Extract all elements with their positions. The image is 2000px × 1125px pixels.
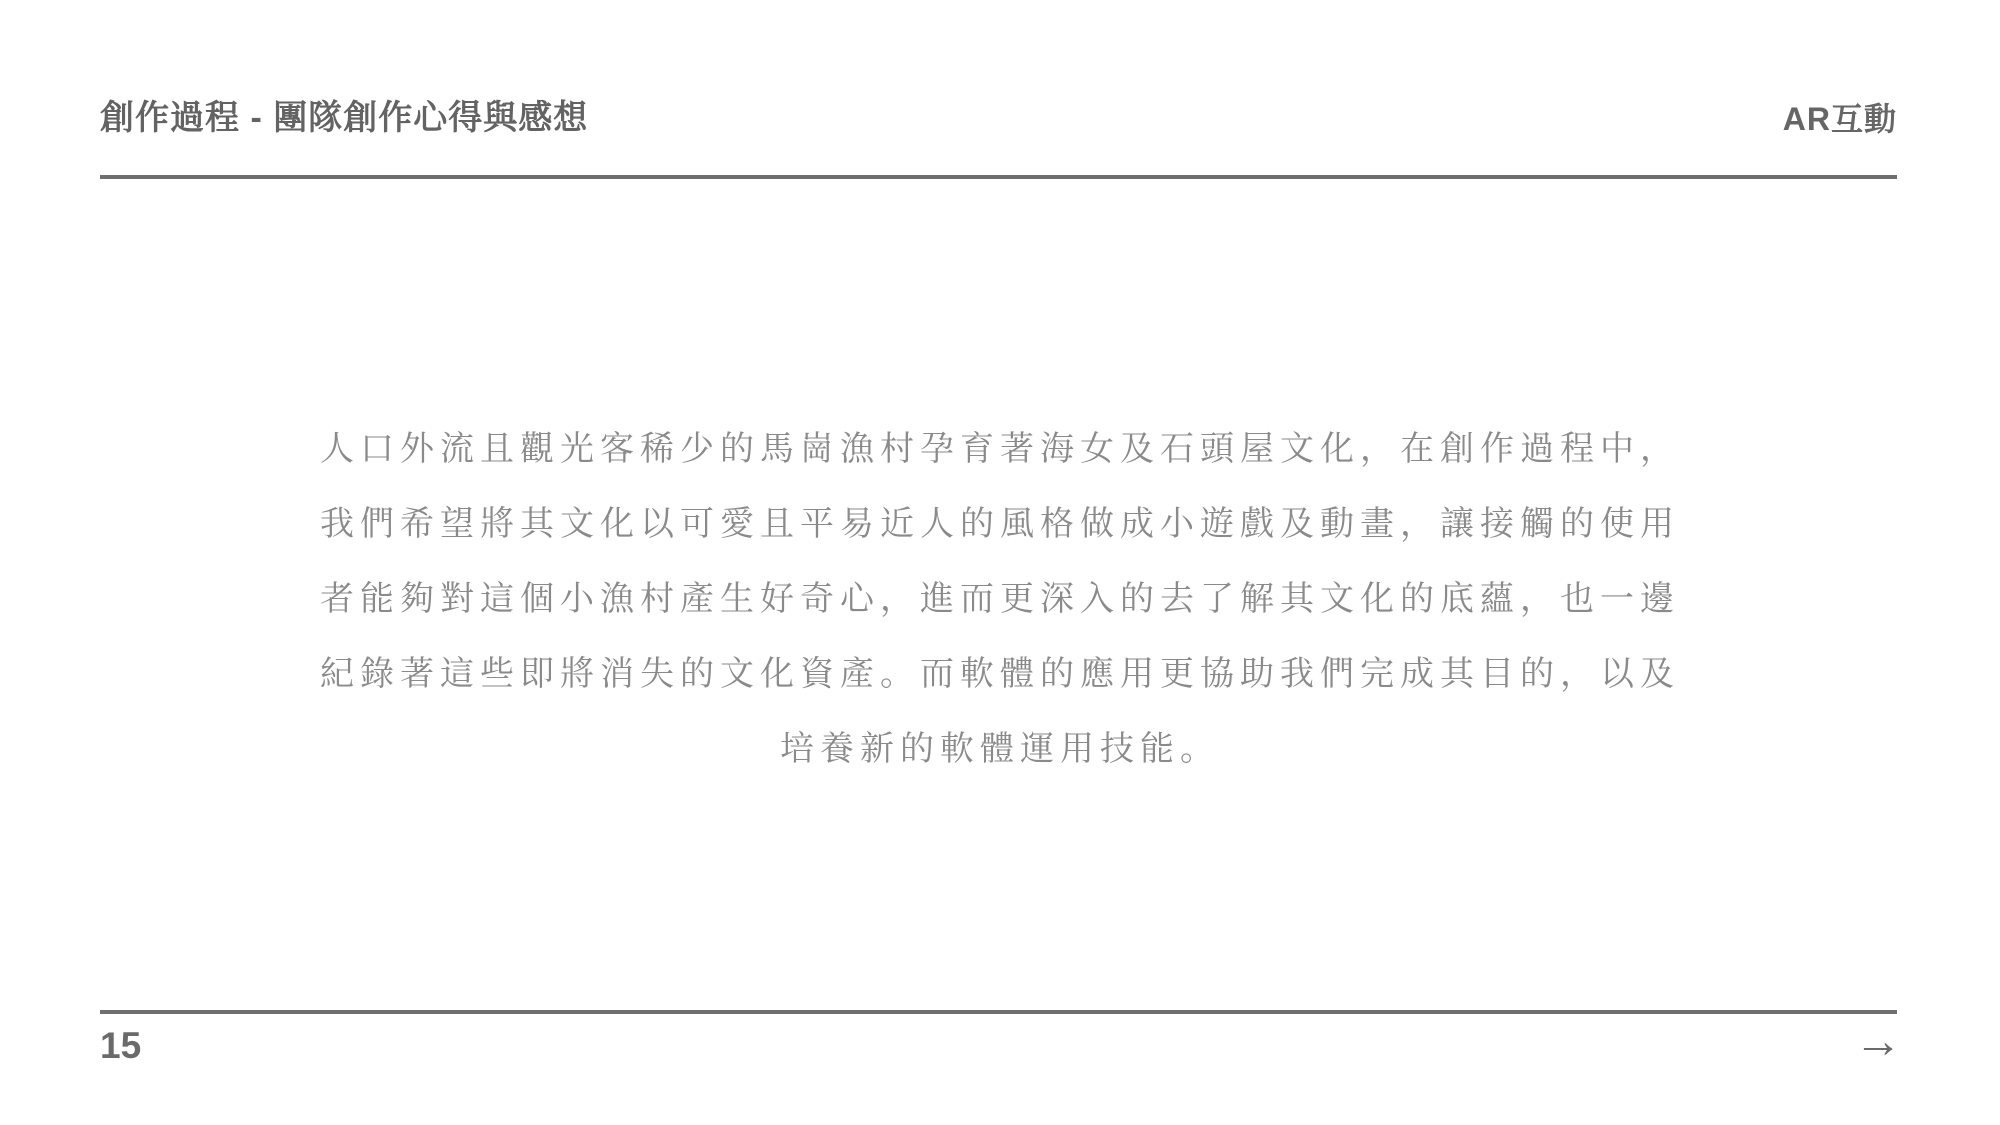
paragraph-line: 紀錄著這些即將消失的文化資產。而軟體的應用更協助我們完成其目的，以及: [250, 637, 1750, 712]
slide: 創作過程 - 團隊創作心得與感想 AR互動 人口外流且觀光客稀少的馬崗漁村孕育著…: [0, 0, 2000, 1125]
body-paragraph: 人口外流且觀光客稀少的馬崗漁村孕育著海女及石頭屋文化，在創作過程中， 我們希望將…: [250, 412, 1750, 787]
paragraph-line: 人口外流且觀光客稀少的馬崗漁村孕育著海女及石頭屋文化，在創作過程中，: [250, 412, 1750, 487]
paragraph-line: 我們希望將其文化以可愛且平易近人的風格做成小遊戲及動畫，讓接觸的使用: [250, 487, 1750, 562]
footer-divider: [100, 1010, 1897, 1014]
header-divider: [100, 175, 1897, 179]
page-title: 創作過程 - 團隊創作心得與感想: [100, 96, 588, 142]
page-number: 15: [100, 1025, 141, 1067]
paragraph-line: 者能夠對這個小漁村產生好奇心，進而更深入的去了解其文化的底蘊，也一邊: [250, 562, 1750, 637]
next-slide-arrow-icon[interactable]: →: [1854, 1018, 1902, 1066]
paragraph-line: 培養新的軟體運用技能。: [250, 712, 1750, 787]
section-badge: AR互動: [1783, 97, 1897, 142]
slide-header: 創作過程 - 團隊創作心得與感想 AR互動: [100, 96, 1897, 142]
